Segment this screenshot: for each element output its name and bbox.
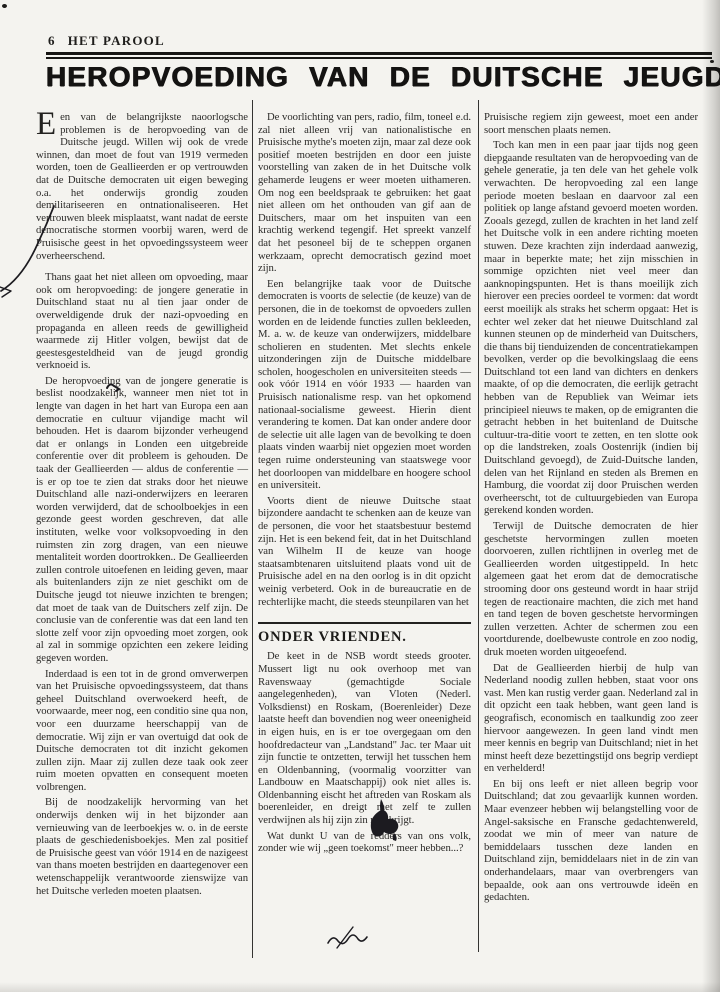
article-paragraph: Pruisische regiem zijn geweest, moet een…: [484, 111, 698, 136]
subarticle-title: ONDER VRIENDEN.: [258, 631, 471, 644]
page-number: 6: [48, 33, 56, 48]
scan-bottom-shadow: [0, 982, 720, 992]
newspaper-name: HET PAROOL: [68, 33, 165, 48]
scribble-icon: [328, 927, 367, 948]
column-3: Pruisische regiem zijn geweest, moet een…: [484, 111, 698, 907]
article-paragraph: Dat de Geallieerden hierbij de hulp van …: [484, 662, 698, 775]
column-1: Een van de belangrijkste naoorlogsche pr…: [36, 111, 248, 900]
article-paragraph: Wat dunkt U van de redders van ons volk,…: [258, 830, 471, 855]
article-paragraph: Inderdaad is een tot in de grond omverwe…: [36, 668, 248, 794]
column-2-bottom: De keet in de NSB wordt steeds grooter. …: [258, 650, 471, 855]
masthead-rule-thick: [46, 52, 712, 55]
scan-edge-shadow: [702, 0, 720, 992]
article-paragraph: Een belangrijke taak voor de Duitsche de…: [258, 278, 471, 492]
column-2-top: De voorlichting van pers, radio, film, t…: [258, 111, 471, 608]
article-headline: HEROPVOEDING VAN DE DUITSCHE JEUGD.: [46, 62, 706, 92]
subarticle-rule: [258, 622, 471, 624]
drop-cap: E: [36, 111, 60, 137]
masthead-rule-thin: [46, 57, 712, 59]
article-paragraph: Toch kan men in een paar jaar tijds nog …: [484, 139, 698, 517]
column-divider-left: [252, 100, 253, 958]
article-paragraph: De keet in de NSB wordt steeds grooter. …: [258, 650, 471, 826]
column-2: De voorlichting van pers, radio, film, t…: [258, 111, 471, 858]
article-paragraph: Bij de noodzakelijk hervorming van het o…: [36, 796, 248, 897]
article-paragraph: En bij ons leeft er niet alleen begrip v…: [484, 778, 698, 904]
article-paragraph: Thans gaat het niet alleen om opvoeding,…: [36, 271, 248, 372]
article-paragraph: Terwijl de Duitsche democraten de hier g…: [484, 520, 698, 659]
article-paragraph: De heropvoeding van de jongere generatie…: [36, 375, 248, 665]
scan-speck: [2, 4, 7, 8]
article-paragraph: Voorts dient de nieuwe Duitsche staat bi…: [258, 495, 471, 608]
article-paragraph: De voorlichting van pers, radio, film, t…: [258, 111, 471, 275]
masthead: 6HET PAROOL: [48, 33, 165, 49]
article-paragraph: Een van de belangrijkste naoorlogsche pr…: [36, 111, 248, 262]
column-divider-right: [478, 100, 479, 952]
